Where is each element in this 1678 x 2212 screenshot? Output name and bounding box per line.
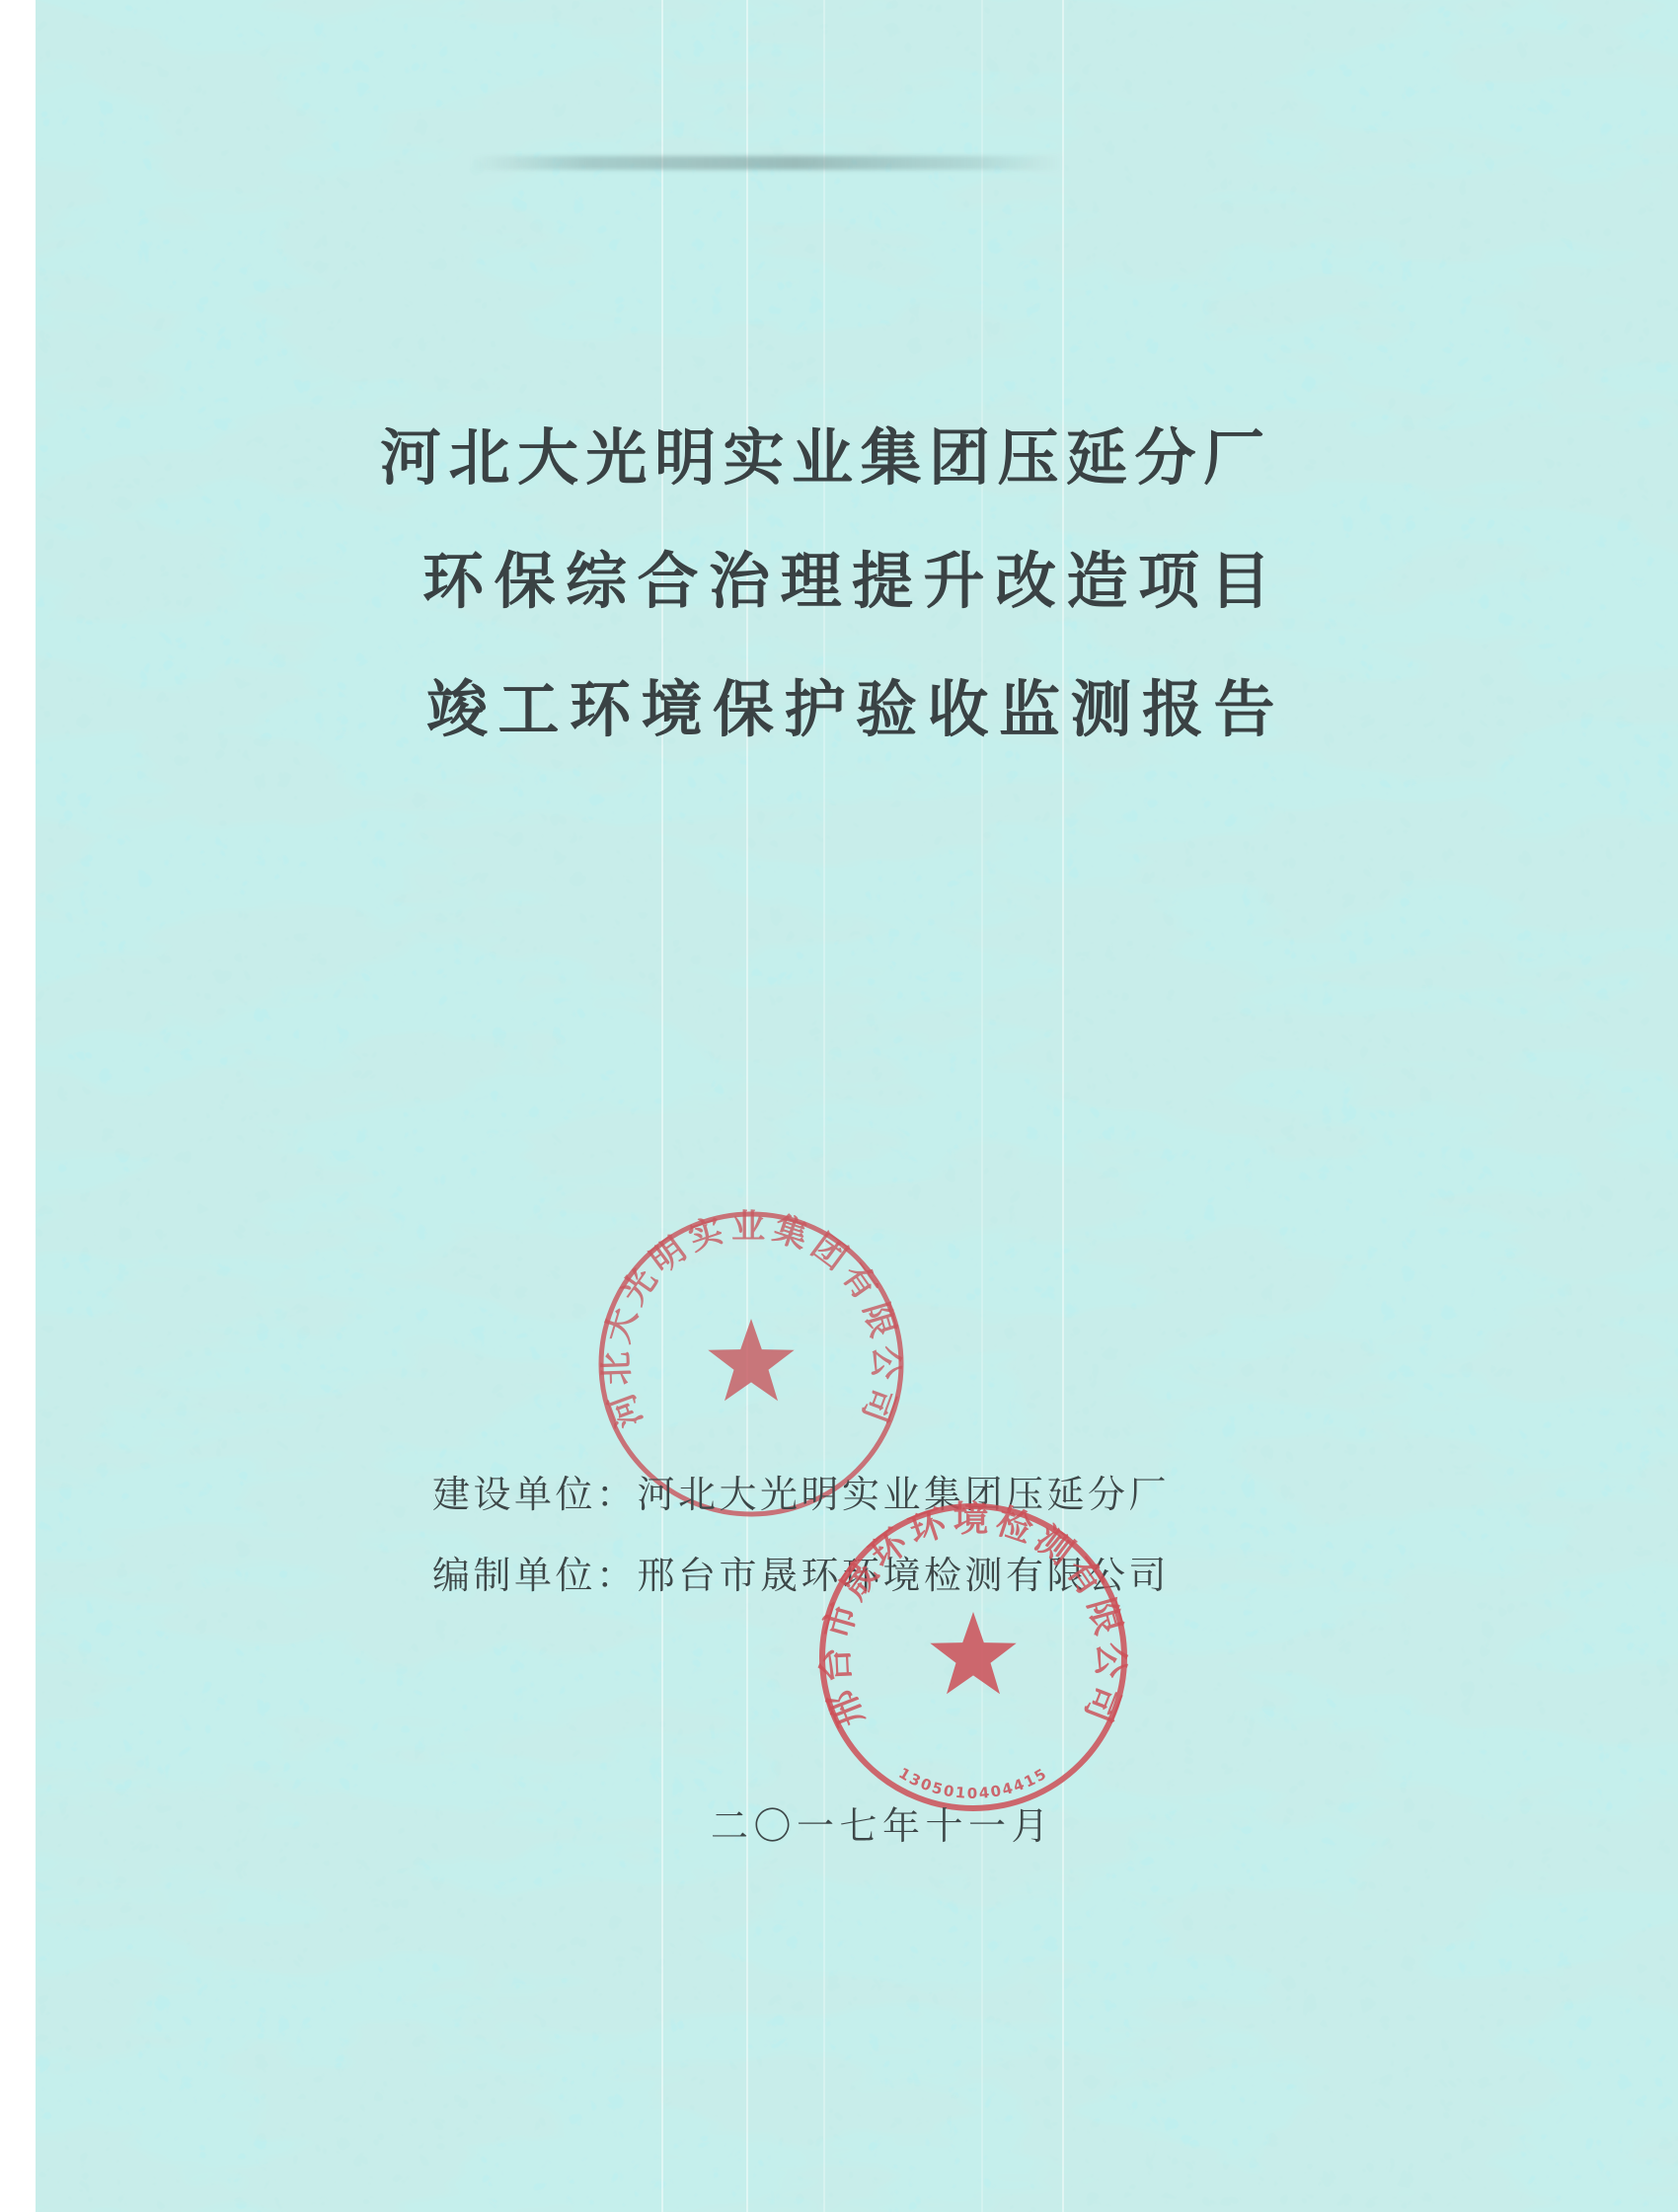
construction-unit: 建设单位：河北大光明实业集团压延分厂	[432, 1475, 1170, 1514]
compiling-unit-label: 编制单位：	[432, 1554, 638, 1597]
construction-unit-label: 建设单位：	[432, 1473, 638, 1516]
bleed-through-text	[470, 156, 1062, 170]
construction-unit-value: 河北大光明实业集团压延分厂	[638, 1473, 1171, 1516]
report-title-line-3: 竣工环境保护验收监测报告	[36, 679, 1678, 740]
report-cover-page: 河北大光明实业集团压延分厂 环保综合治理提升改造项目 竣工环境保护验收监测报告 …	[36, 0, 1678, 2212]
report-date: 二〇一七年十一月	[711, 1806, 1054, 1846]
compiling-unit-value: 邢台市晟环环境检测有限公司	[638, 1554, 1171, 1597]
compiling-unit: 编制单位：邢台市晟环环境检测有限公司	[432, 1556, 1170, 1595]
report-title-line-2: 环保综合治理提升改造项目	[36, 551, 1678, 612]
report-title-line-1: 河北大光明实业集团压延分厂	[36, 427, 1678, 489]
marble-texture	[36, 0, 1678, 2212]
